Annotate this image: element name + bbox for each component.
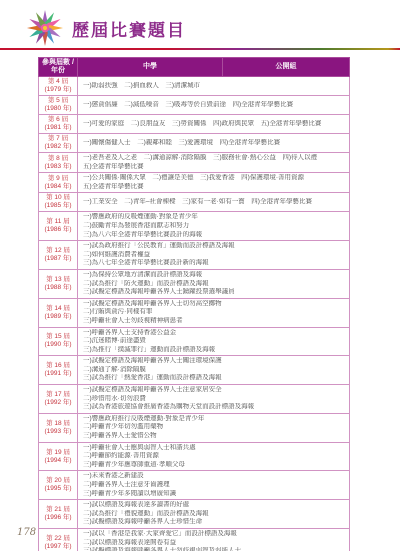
topic-line: 一)試擬定標語及海報呼籲各界人士關注環境保護	[83, 357, 344, 366]
session-label-cell: 第 11 屆(1986 年)	[39, 212, 78, 241]
page-header: 歷屆比賽題目	[26, 8, 400, 48]
topics-cell: 一)試擬定標語及海報呼籲各界人士注意家居安全二)珍惜用水·切勿浪費三)試為香港旅…	[78, 385, 350, 414]
session-label-cell: 第 13 屆(1988 年)	[39, 269, 78, 298]
topic-line: 五)全港青年學藝比賽	[83, 183, 344, 192]
topic-line: 一)試以「香港是我家·大家齊愛它」而設計標語及海報	[83, 530, 344, 539]
session-label-cell: 第 10 屆(1985 年)	[39, 193, 78, 212]
topic-line: 二)鼓勵青年為發展香港而獻志和努力	[83, 222, 344, 231]
session-number: 第 22 屆	[40, 535, 76, 543]
session-year: (1979 年)	[40, 86, 76, 94]
session-label-cell: 第 15 屆(1990 年)	[39, 327, 78, 356]
session-label-cell: 第 6 屆(1981 年)	[39, 115, 78, 134]
topic-line: 一)公共關係·關係大眾 二)禮讓是美德 三)我愛香港 四)保護環境·善用資源	[83, 174, 344, 183]
table-row: 第 14 屆(1989 年)一)試擬定標語及海報呼籲各界人士切勿高空擲物二)行賄…	[39, 298, 350, 327]
topic-line: 一)助弱扶強 二)捐血救人 三)清潔城市	[83, 82, 344, 91]
column-header-secondary-school: 中學	[78, 58, 223, 77]
table-row: 第 8 屆(1983 年)一)老吾老及人之老 二)溝通諒解·消除隔膜 三)服務社…	[39, 153, 350, 173]
session-number: 第 19 屆	[40, 449, 76, 457]
topic-line: 二)沉迷賭博·前途盡毀	[83, 337, 344, 346]
topics-cell: 一)助弱扶強 二)捐血救人 三)清潔城市	[78, 77, 350, 96]
table-row: 第 22 屆(1997 年)一)試以「香港是我家·大家齊愛它」而設計標語及海報二…	[39, 528, 350, 551]
topic-line: 三)試為香港旅遊協會推廣香港為購物天堂而設計標語及海報	[83, 403, 344, 412]
session-year: (1994 年)	[40, 457, 76, 465]
topic-line: 三)試為推行「熱愛香港」運動而設計標語及海報	[83, 374, 344, 383]
topic-line: 三)為八六年全港青年學藝比賽設計的海報	[83, 231, 344, 240]
session-label-cell: 第 22 屆(1997 年)	[39, 528, 78, 551]
session-year: (1980 年)	[40, 105, 76, 113]
topic-line: 一)懲貪倡廉 二)減低噪音 三)吸毒等於自毀前途 四)全港青年學藝比賽	[83, 101, 344, 110]
session-year: (1981 年)	[40, 124, 76, 132]
session-year: (1996 年)	[40, 514, 76, 522]
topic-line: 一)試擬定標語及海報呼籲各界人士注意家居安全	[83, 386, 344, 395]
topic-line: 一)關懷傷健人士 二)親鄰和睦 三)愛護環境 四)全港青年學藝比賽	[83, 139, 344, 148]
session-year: (1987 年)	[40, 255, 76, 263]
topic-line: 一)響應政府的反吸煙運動·對象是青少年	[83, 213, 344, 222]
table-row: 第 15 屆(1990 年)一)呼籲各界人士支持香港公益金二)沉迷賭博·前途盡毀…	[39, 327, 350, 356]
topics-cell: 一)試以標語及海報表達多讀書的好處二)試為推行「禮貌運動」而設計標語及海報三)試…	[78, 500, 350, 529]
topic-line: 一)為保持公眾地方清潔而設計標語及海報	[83, 271, 344, 280]
topic-line: 三)呼籲青少年多閱讀以增廣知識	[83, 490, 344, 499]
session-label-cell: 第 18 屆(1993 年)	[39, 413, 78, 442]
topic-line: 一)試擬定標語及海報呼籲各界人士切勿高空擲物	[83, 300, 344, 309]
session-label-cell: 第 14 屆(1989 年)	[39, 298, 78, 327]
topics-cell: 一)響應政府推行反吸煙運動·對象是青少年二)呼籲青少年切勿濫用藥物三)呼籲各界人…	[78, 413, 350, 442]
table-row: 第 7 屆(1982 年)一)關懷傷健人士 二)親鄰和睦 三)愛護環境 四)全港…	[39, 134, 350, 153]
topics-cell: 一)老吾老及人之老 二)溝通諒解·消除隔膜 三)服務社會·熱心公益 四)待人以禮…	[78, 153, 350, 173]
session-number: 第 13 屆	[40, 276, 76, 284]
session-label-cell: 第 12 屆(1987 年)	[39, 241, 78, 270]
topic-line: 二)呼籲節約能源·善用資源	[83, 452, 344, 461]
table-row: 第 17 屆(1992 年)一)試擬定標語及海報呼籲各界人士注意家居安全二)珍惜…	[39, 385, 350, 414]
topics-cell: 一)呼籲各界人士支持香港公益金二)沉迷賭博·前途盡毀三)為推行「撲滅罪行」運動而…	[78, 327, 350, 356]
topics-cell: 一)公共關係·關係大眾 二)禮讓是美德 三)我愛香港 四)保護環境·善用資源五)…	[78, 173, 350, 193]
session-number: 第 17 屆	[40, 391, 76, 399]
session-label-cell: 第 21 屆(1996 年)	[39, 500, 78, 529]
topics-cell: 一)試為政府推行「公民教育」運動而設計標語及海報二)如何維護消費者權益三)為八七…	[78, 241, 350, 270]
topics-cell: 一)關懷傷健人士 二)親鄰和睦 三)愛護環境 四)全港青年學藝比賽	[78, 134, 350, 153]
session-number: 第 8 屆	[40, 155, 76, 163]
topics-cell: 一)懲貪倡廉 二)減低噪音 三)吸毒等於自毀前途 四)全港青年學藝比賽	[78, 96, 350, 115]
session-label-cell: 第 9 屆(1984 年)	[39, 173, 78, 193]
competition-topics-table: 參與屆數 / 年份 中學 公開組 第 4 屆(1979 年)一)助弱扶強 二)捐…	[38, 57, 350, 551]
page-title: 歷屆比賽題目	[72, 16, 186, 41]
topic-line: 一)呼籲社會人士應與弱智人士和諧共處	[83, 444, 344, 453]
topic-line: 三)呼籲各界人士愛惜公物	[83, 432, 344, 441]
session-year: (1984 年)	[40, 183, 76, 191]
topics-cell: 一)試擬定標語及海報呼籲各界人士切勿高空擲物二)行賄與貪污·同樣有罪三)呼籲社會…	[78, 298, 350, 327]
topic-line: 三)為八七年全港青年學藝比賽設計新的海報	[83, 259, 344, 268]
table-row: 第 19 屆(1994 年)一)呼籲社會人士應與弱智人士和諧共處二)呼籲節約能源…	[39, 442, 350, 471]
session-number: 第 16 屆	[40, 362, 76, 370]
session-year: (1990 年)	[40, 341, 76, 349]
topic-line: 三)試擬定標語及海報呼籲各界人士踴躍投票選舉議員	[83, 288, 344, 297]
table-row: 第 21 屆(1996 年)一)試以標語及海報表達多讀書的好處二)試為推行「禮貌…	[39, 500, 350, 529]
topics-cell: 一)為保持公眾地方清潔而設計標語及海報二)試為推行「防火運動」而設計標語及海報三…	[78, 269, 350, 298]
topic-line: 二)呼籲各界人士注意牙齒護理	[83, 481, 344, 490]
table-row: 第 9 屆(1984 年)一)公共關係·關係大眾 二)禮讓是美德 三)我愛香港 …	[39, 173, 350, 193]
table-row: 第 4 屆(1979 年)一)助弱扶強 二)捐血救人 三)清潔城市	[39, 77, 350, 96]
topic-line: 一)未來香港之新建設	[83, 472, 344, 481]
topic-line: 二)珍惜用水·切勿浪費	[83, 395, 344, 404]
page-number: 178	[17, 527, 36, 538]
session-year: (1982 年)	[40, 143, 76, 151]
session-year: (1986 年)	[40, 226, 76, 234]
session-year: (1992 年)	[40, 399, 76, 407]
topic-line: 一)試為政府推行「公民教育」運動而設計標語及海報	[83, 242, 344, 251]
session-year: (1988 年)	[40, 284, 76, 292]
topics-cell: 一)可愛的家庭 二)良朋益友 三)勞資關係 四)政府與民眾 五)全港青年學藝比賽	[78, 115, 350, 134]
topic-line: 二)如何維護消費者權益	[83, 251, 344, 260]
topic-line: 二)試為推行「防火運動」而設計標語及海報	[83, 280, 344, 289]
session-number: 第 5 屆	[40, 97, 76, 105]
column-header-open-group: 公開組	[223, 58, 350, 77]
session-label-cell: 第 8 屆(1983 年)	[39, 153, 78, 173]
session-year: (1995 年)	[40, 485, 76, 493]
topic-line: 一)試以標語及海報表達多讀書的好處	[83, 501, 344, 510]
table-row: 第 13 屆(1988 年)一)為保持公眾地方清潔而設計標語及海報二)試為推行「…	[39, 269, 350, 298]
session-year: (1989 年)	[40, 313, 76, 321]
session-number: 第 7 屆	[40, 135, 76, 143]
table-row: 第 10 屆(1985 年)一)工業安全 二)青年–社會棟樑 三)家有一老·如有…	[39, 193, 350, 212]
session-label-cell: 第 5 屆(1980 年)	[39, 96, 78, 115]
session-label-cell: 第 4 屆(1979 年)	[39, 77, 78, 96]
topic-line: 二)試以標語及海報表達開卷有益	[83, 539, 344, 548]
topic-line: 一)可愛的家庭 二)良朋益友 三)勞資關係 四)政府與民眾 五)全港青年學藝比賽	[83, 120, 344, 129]
table-body: 第 4 屆(1979 年)一)助弱扶強 二)捐血救人 三)清潔城市第 5 屆(1…	[39, 77, 350, 551]
table-row: 第 6 屆(1981 年)一)可愛的家庭 二)良朋益友 三)勞資關係 四)政府與…	[39, 115, 350, 134]
topics-cell: 一)響應政府的反吸煙運動·對象是青少年二)鼓勵青年為發展香港而獻志和努力三)為八…	[78, 212, 350, 241]
session-label-cell: 第 20 屆(1995 年)	[39, 471, 78, 500]
column-header-session: 參與屆數 / 年份	[39, 58, 78, 77]
topics-cell: 一)呼籲社會人士應與弱智人士和諧共處二)呼籲節約能源·善用資源三)呼籲青少年應尊…	[78, 442, 350, 471]
topics-cell: 一)試以「香港是我家·大家齊愛它」而設計標語及海報二)試以標語及海報表達開卷有益…	[78, 528, 350, 551]
session-label-cell: 第 16 屆(1991 年)	[39, 356, 78, 385]
table-row: 第 20 屆(1995 年)一)未來香港之新建設二)呼籲各界人士注意牙齒護理三)…	[39, 471, 350, 500]
table-row: 第 18 屆(1993 年)一)響應政府推行反吸煙運動·對象是青少年二)呼籲青少…	[39, 413, 350, 442]
session-label-cell: 第 7 屆(1982 年)	[39, 134, 78, 153]
topic-line: 二)溝通了解·消除隔膜	[83, 366, 344, 375]
table-row: 第 12 屆(1987 年)一)試為政府推行「公民教育」運動而設計標語及海報二)…	[39, 241, 350, 270]
topic-line: 五)全港青年學藝比賽	[83, 163, 344, 172]
topic-line: 三)呼籲社會人士勿歧視精神病患者	[83, 317, 344, 326]
session-year: (1983 年)	[40, 163, 76, 171]
session-year: (1985 年)	[40, 202, 76, 210]
session-label-cell: 第 17 屆(1992 年)	[39, 385, 78, 414]
topics-cell: 一)試擬定標語及海報呼籲各界人士關注環境保護二)溝通了解·消除隔膜三)試為推行「…	[78, 356, 350, 385]
session-year: (1991 年)	[40, 370, 76, 378]
session-number: 第 9 屆	[40, 175, 76, 183]
session-number: 第 21 屆	[40, 506, 76, 514]
table-header-row: 參與屆數 / 年份 中學 公開組	[39, 58, 350, 77]
session-year: (1997 年)	[40, 543, 76, 551]
session-number: 第 12 屆	[40, 247, 76, 255]
header-divider-rule	[0, 48, 400, 50]
session-number: 第 18 屆	[40, 420, 76, 428]
topic-line: 三)呼籲青少年應尊師重道·孝順父母	[83, 461, 344, 470]
topic-line: 一)工業安全 二)青年–社會棟樑 三)家有一老·如有一寶 四)全港青年學藝比賽	[83, 198, 344, 207]
session-number: 第 6 屆	[40, 116, 76, 124]
session-label-cell: 第 19 屆(1994 年)	[39, 442, 78, 471]
session-number: 第 14 屆	[40, 305, 76, 313]
table-row: 第 16 屆(1991 年)一)試擬定標語及海報呼籲各界人士關注環境保護二)溝通…	[39, 356, 350, 385]
topic-line: 三)試擬標語及海報呼籲各界人士勿歧視弱智及弱能人士	[83, 547, 344, 551]
session-number: 第 4 屆	[40, 78, 76, 86]
topics-cell: 一)未來香港之新建設二)呼籲各界人士注意牙齒護理三)呼籲青少年多閱讀以增廣知識	[78, 471, 350, 500]
topic-line: 三)試擬標語及海報呼籲各界人士珍惜生命	[83, 518, 344, 527]
topics-cell: 一)工業安全 二)青年–社會棟樑 三)家有一老·如有一寶 四)全港青年學藝比賽	[78, 193, 350, 212]
table-row: 第 11 屆(1986 年)一)響應政府的反吸煙運動·對象是青少年二)鼓勵青年為…	[39, 212, 350, 241]
topic-line: 一)老吾老及人之老 二)溝通諒解·消除隔膜 三)服務社會·熱心公益 四)待人以禮	[83, 154, 344, 163]
table-row: 第 5 屆(1980 年)一)懲貪倡廉 二)減低噪音 三)吸毒等於自毀前途 四)…	[39, 96, 350, 115]
topic-line: 二)呼籲青少年切勿濫用藥物	[83, 423, 344, 432]
topic-line: 二)試為推行「禮貌運動」而設計標語及海報	[83, 510, 344, 519]
topic-line: 三)為推行「撲滅罪行」運動而設計標語及海報	[83, 346, 344, 355]
topic-line: 二)行賄與貪污·同樣有罪	[83, 308, 344, 317]
topic-line: 一)響應政府推行反吸煙運動·對象是青少年	[83, 415, 344, 424]
flower-logo-icon	[26, 9, 64, 47]
session-year: (1993 年)	[40, 428, 76, 436]
topic-line: 一)呼籲各界人士支持香港公益金	[83, 329, 344, 338]
